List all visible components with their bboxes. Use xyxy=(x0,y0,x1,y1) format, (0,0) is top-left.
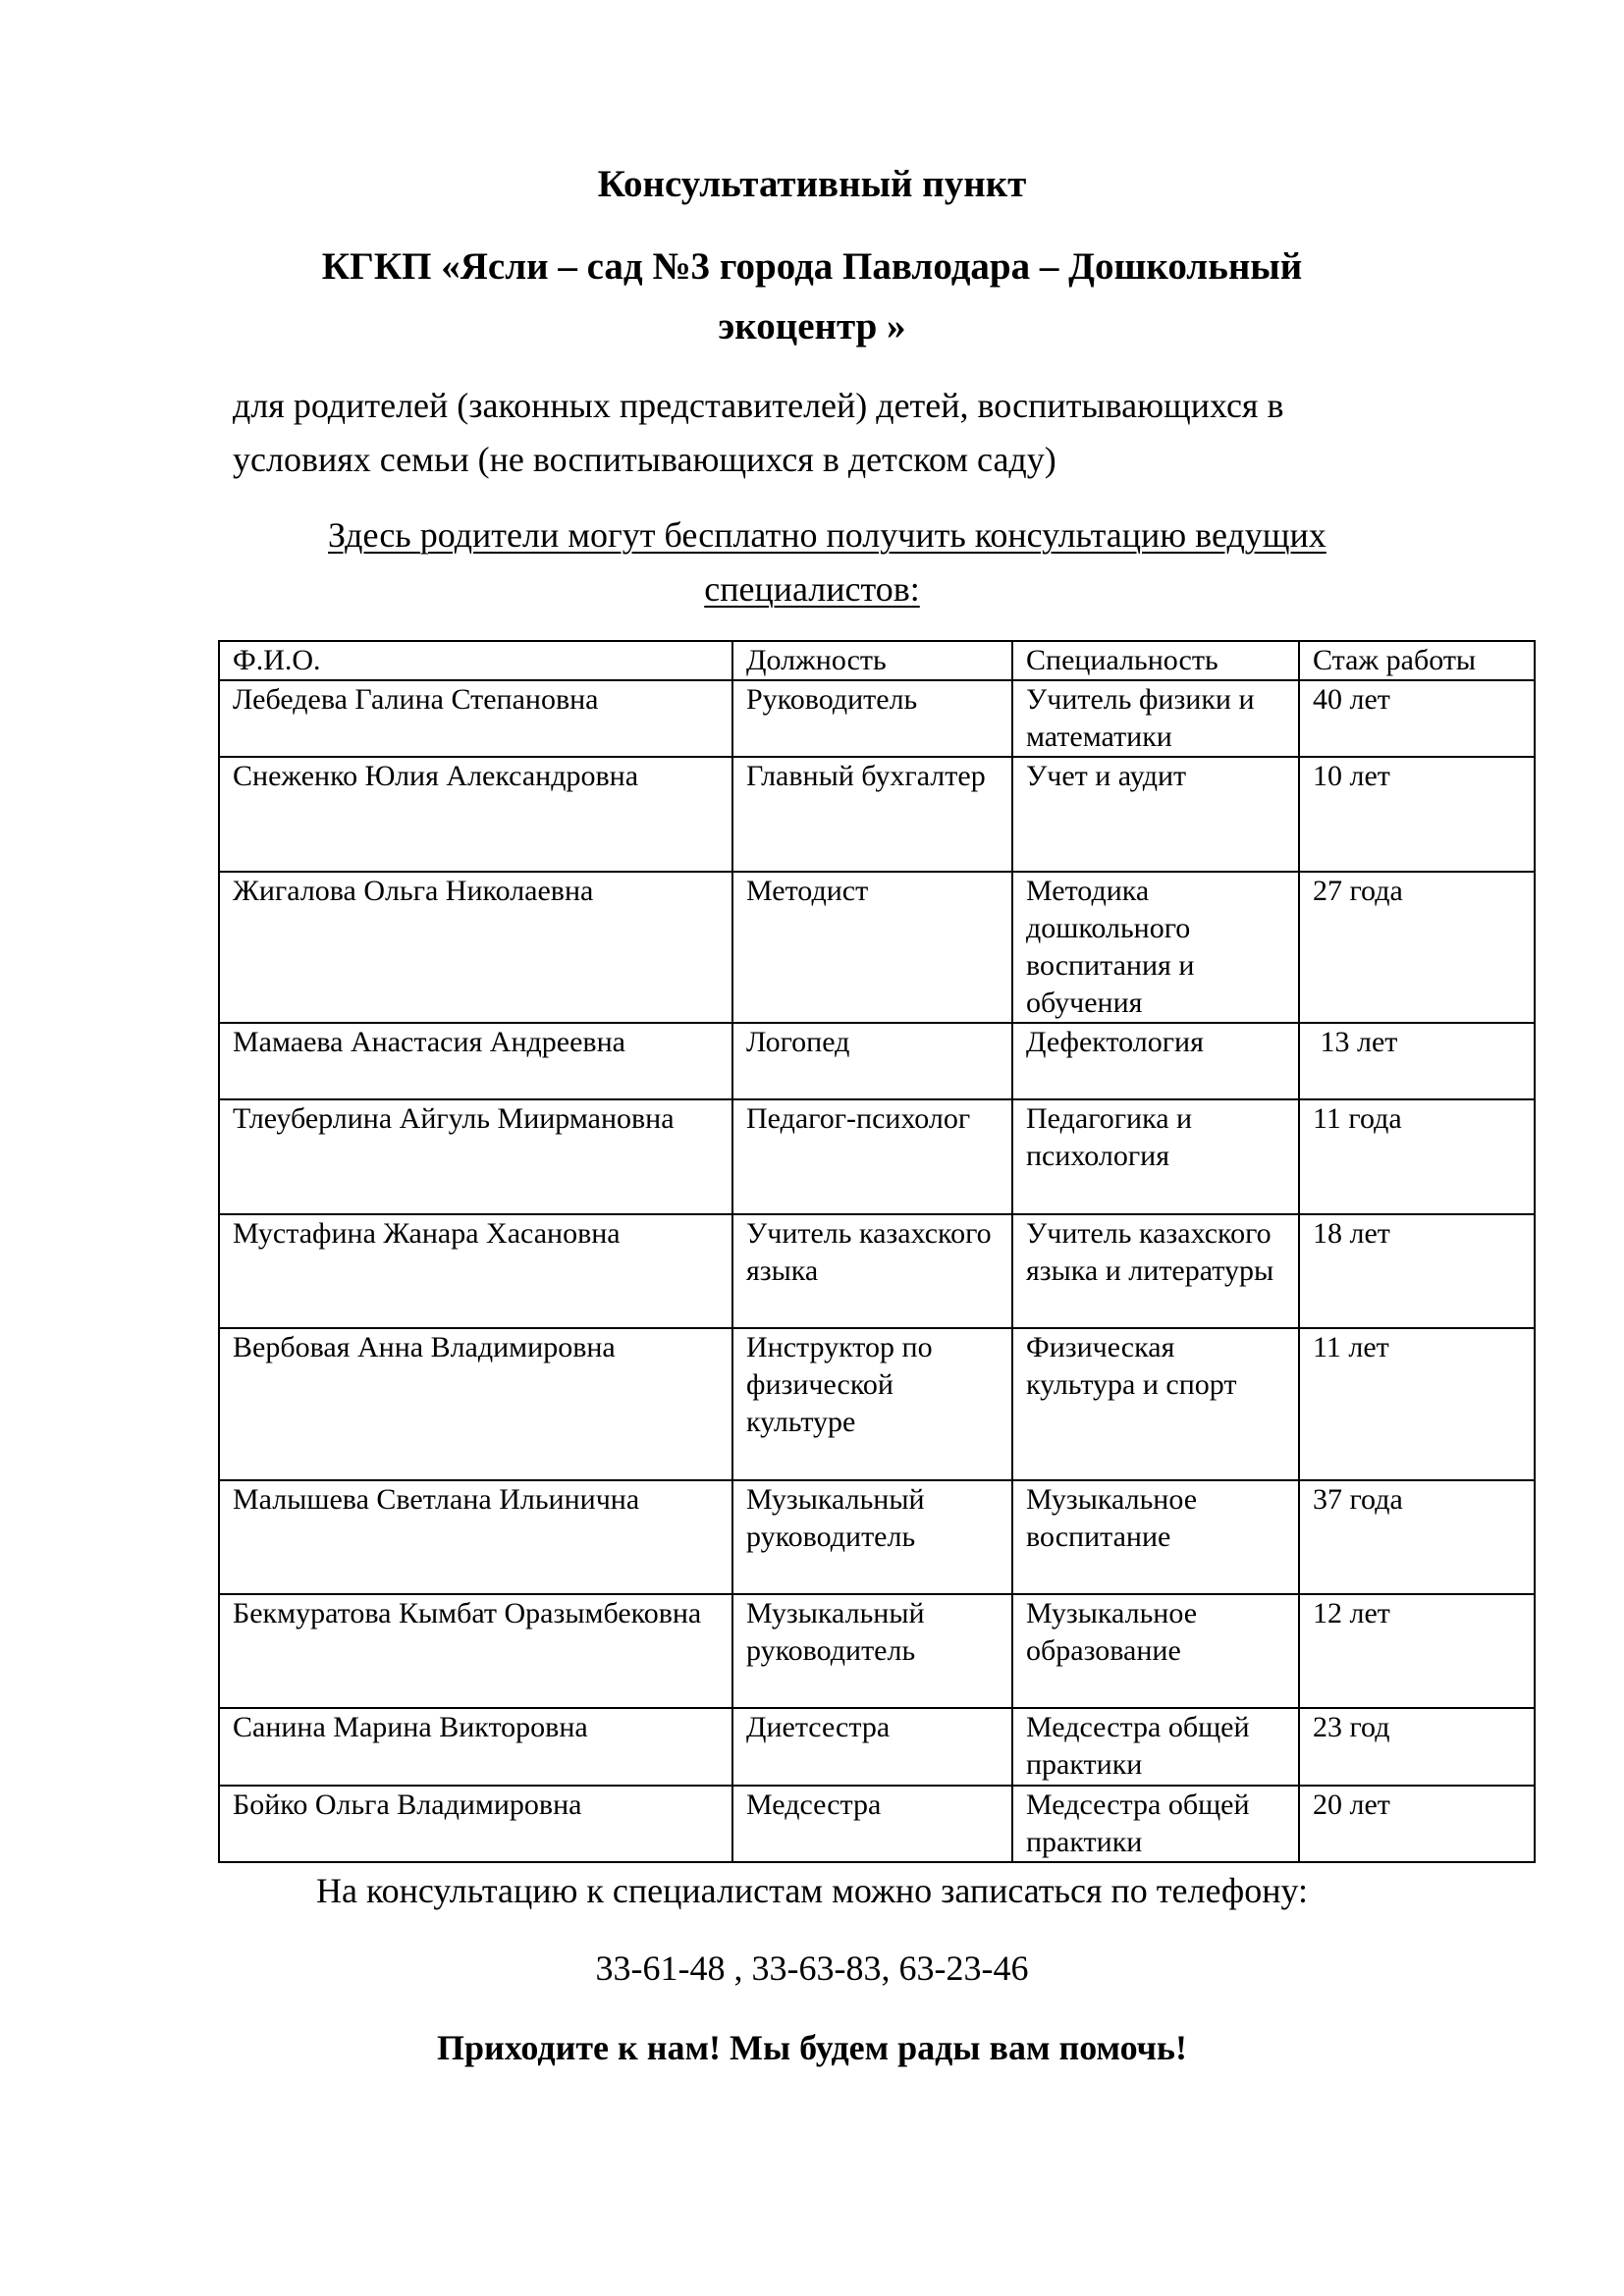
cell-specialty: Медсестра общей практики xyxy=(1012,1786,1299,1862)
cell-specialty: Медсестра общей практики xyxy=(1012,1708,1299,1786)
table-row: Бекмуратова Кымбат ОразымбековнаМузыкаль… xyxy=(219,1594,1535,1708)
cell-specialty: Педагогика и психология xyxy=(1012,1099,1299,1214)
cell-specialty: Музыкальное воспитание xyxy=(1012,1480,1299,1594)
table-row: Вербовая Анна ВладимировнаИнструктор по … xyxy=(219,1328,1535,1480)
table-row: Санина Марина ВикторовнаДиетсестраМедсес… xyxy=(219,1708,1535,1786)
column-header-experience: Стаж работы xyxy=(1299,641,1535,680)
cell-experience: 18 лет xyxy=(1299,1214,1535,1328)
table-row: Тлеуберлина Айгуль МиирмановнаПедагог-пс… xyxy=(219,1099,1535,1214)
cell-position: Логопед xyxy=(732,1023,1012,1099)
table-row: Жигалова Ольга НиколаевнаМетодистМетодик… xyxy=(219,872,1535,1023)
cell-specialty: Дефектология xyxy=(1012,1023,1299,1099)
cell-name: Лебедева Галина Степановна xyxy=(219,680,732,757)
cell-name: Вербовая Анна Владимировна xyxy=(219,1328,732,1480)
cell-specialty: Физическая культура и спорт xyxy=(1012,1328,1299,1480)
cell-position: Руководитель xyxy=(732,680,1012,757)
phone-numbers: 33-61-48 , 33-63-83, 63-23-46 xyxy=(0,1950,1624,1986)
cell-experience: 11 года xyxy=(1299,1099,1535,1214)
cell-experience: 37 года xyxy=(1299,1480,1535,1594)
title-consultation-point: Консультативный пункт xyxy=(0,165,1624,203)
cell-name: Снеженко Юлия Александровна xyxy=(219,757,732,872)
column-header-name: Ф.И.О. xyxy=(219,641,732,680)
table-row: Малышева Светлана ИльиничнаМузыкальный р… xyxy=(219,1480,1535,1594)
cell-position: Инструктор по физической культуре xyxy=(732,1328,1012,1480)
table-row: Снеженко Юлия АлександровнаГлавный бухга… xyxy=(219,757,1535,872)
cell-position: Диетсестра xyxy=(732,1708,1012,1786)
notice-line-2: специалистов: xyxy=(0,571,1624,607)
cell-specialty: Учитель физики и математики xyxy=(1012,680,1299,757)
column-header-specialty: Специальность xyxy=(1012,641,1299,680)
cell-experience: 13 лет xyxy=(1299,1023,1535,1099)
table-row: Лебедева Галина СтепановнаРуководительУч… xyxy=(219,680,1535,757)
intro-line-2: условиях семьи (не воспитывающихся в дет… xyxy=(233,442,1056,477)
cell-name: Мамаева Анастасия Андреевна xyxy=(219,1023,732,1099)
intro-line-1: для родителей (законных представителей) … xyxy=(233,388,1284,423)
cell-experience: 27 года xyxy=(1299,872,1535,1023)
notice-line-1: Здесь родители могут бесплатно получить … xyxy=(328,517,1326,553)
cell-specialty: Методика дошкольного воспитания и обучен… xyxy=(1012,872,1299,1023)
table-row: Мустафина Жанара ХасановнаУчитель казахс… xyxy=(219,1214,1535,1328)
cell-specialty: Музыкальное образование xyxy=(1012,1594,1299,1708)
cell-experience: 12 лет xyxy=(1299,1594,1535,1708)
cell-position: Музыкальный руководитель xyxy=(732,1594,1012,1708)
cell-name: Бойко Ольга Владимировна xyxy=(219,1786,732,1862)
cell-name: Мустафина Жанара Хасановна xyxy=(219,1214,732,1328)
table-row: Бойко Ольга ВладимировнаМедсестраМедсест… xyxy=(219,1786,1535,1862)
cell-name: Тлеуберлина Айгуль Миирмановна xyxy=(219,1099,732,1214)
column-header-position: Должность xyxy=(732,641,1012,680)
cell-position: Медсестра xyxy=(732,1786,1012,1862)
cell-position: Главный бухгалтер xyxy=(732,757,1012,872)
cell-experience: 20 лет xyxy=(1299,1786,1535,1862)
cell-name: Санина Марина Викторовна xyxy=(219,1708,732,1786)
cell-name: Жигалова Ольга Николаевна xyxy=(219,872,732,1023)
table-row: Мамаева Анастасия АндреевнаЛогопедДефект… xyxy=(219,1023,1535,1099)
cell-position: Методист xyxy=(732,872,1012,1023)
cell-position: Учитель казахского языка xyxy=(732,1214,1012,1328)
cell-position: Педагог-психолог xyxy=(732,1099,1012,1214)
cell-specialty: Учитель казахского языка и литературы xyxy=(1012,1214,1299,1328)
table-header-row: Ф.И.О. Должность Специальность Стаж рабо… xyxy=(219,641,1535,680)
title-organization: КГКП «Ясли – сад №3 города Павлодара – Д… xyxy=(0,247,1624,286)
cell-experience: 10 лет xyxy=(1299,757,1535,872)
closing-message: Приходите к нам! Мы будем рады вам помоч… xyxy=(0,2030,1624,2065)
cell-name: Малышева Светлана Ильинична xyxy=(219,1480,732,1594)
cell-experience: 11 лет xyxy=(1299,1328,1535,1480)
cell-experience: 23 год xyxy=(1299,1708,1535,1786)
cell-position: Музыкальный руководитель xyxy=(732,1480,1012,1594)
cell-specialty: Учет и аудит xyxy=(1012,757,1299,872)
specialists-table: Ф.И.О. Должность Специальность Стаж рабо… xyxy=(218,640,1536,1863)
phone-prompt: На консультацию к специалистам можно зап… xyxy=(0,1873,1624,1908)
cell-experience: 40 лет xyxy=(1299,680,1535,757)
title-organization-cont: экоцентр » xyxy=(0,307,1624,346)
cell-name: Бекмуратова Кымбат Оразымбековна xyxy=(219,1594,732,1708)
